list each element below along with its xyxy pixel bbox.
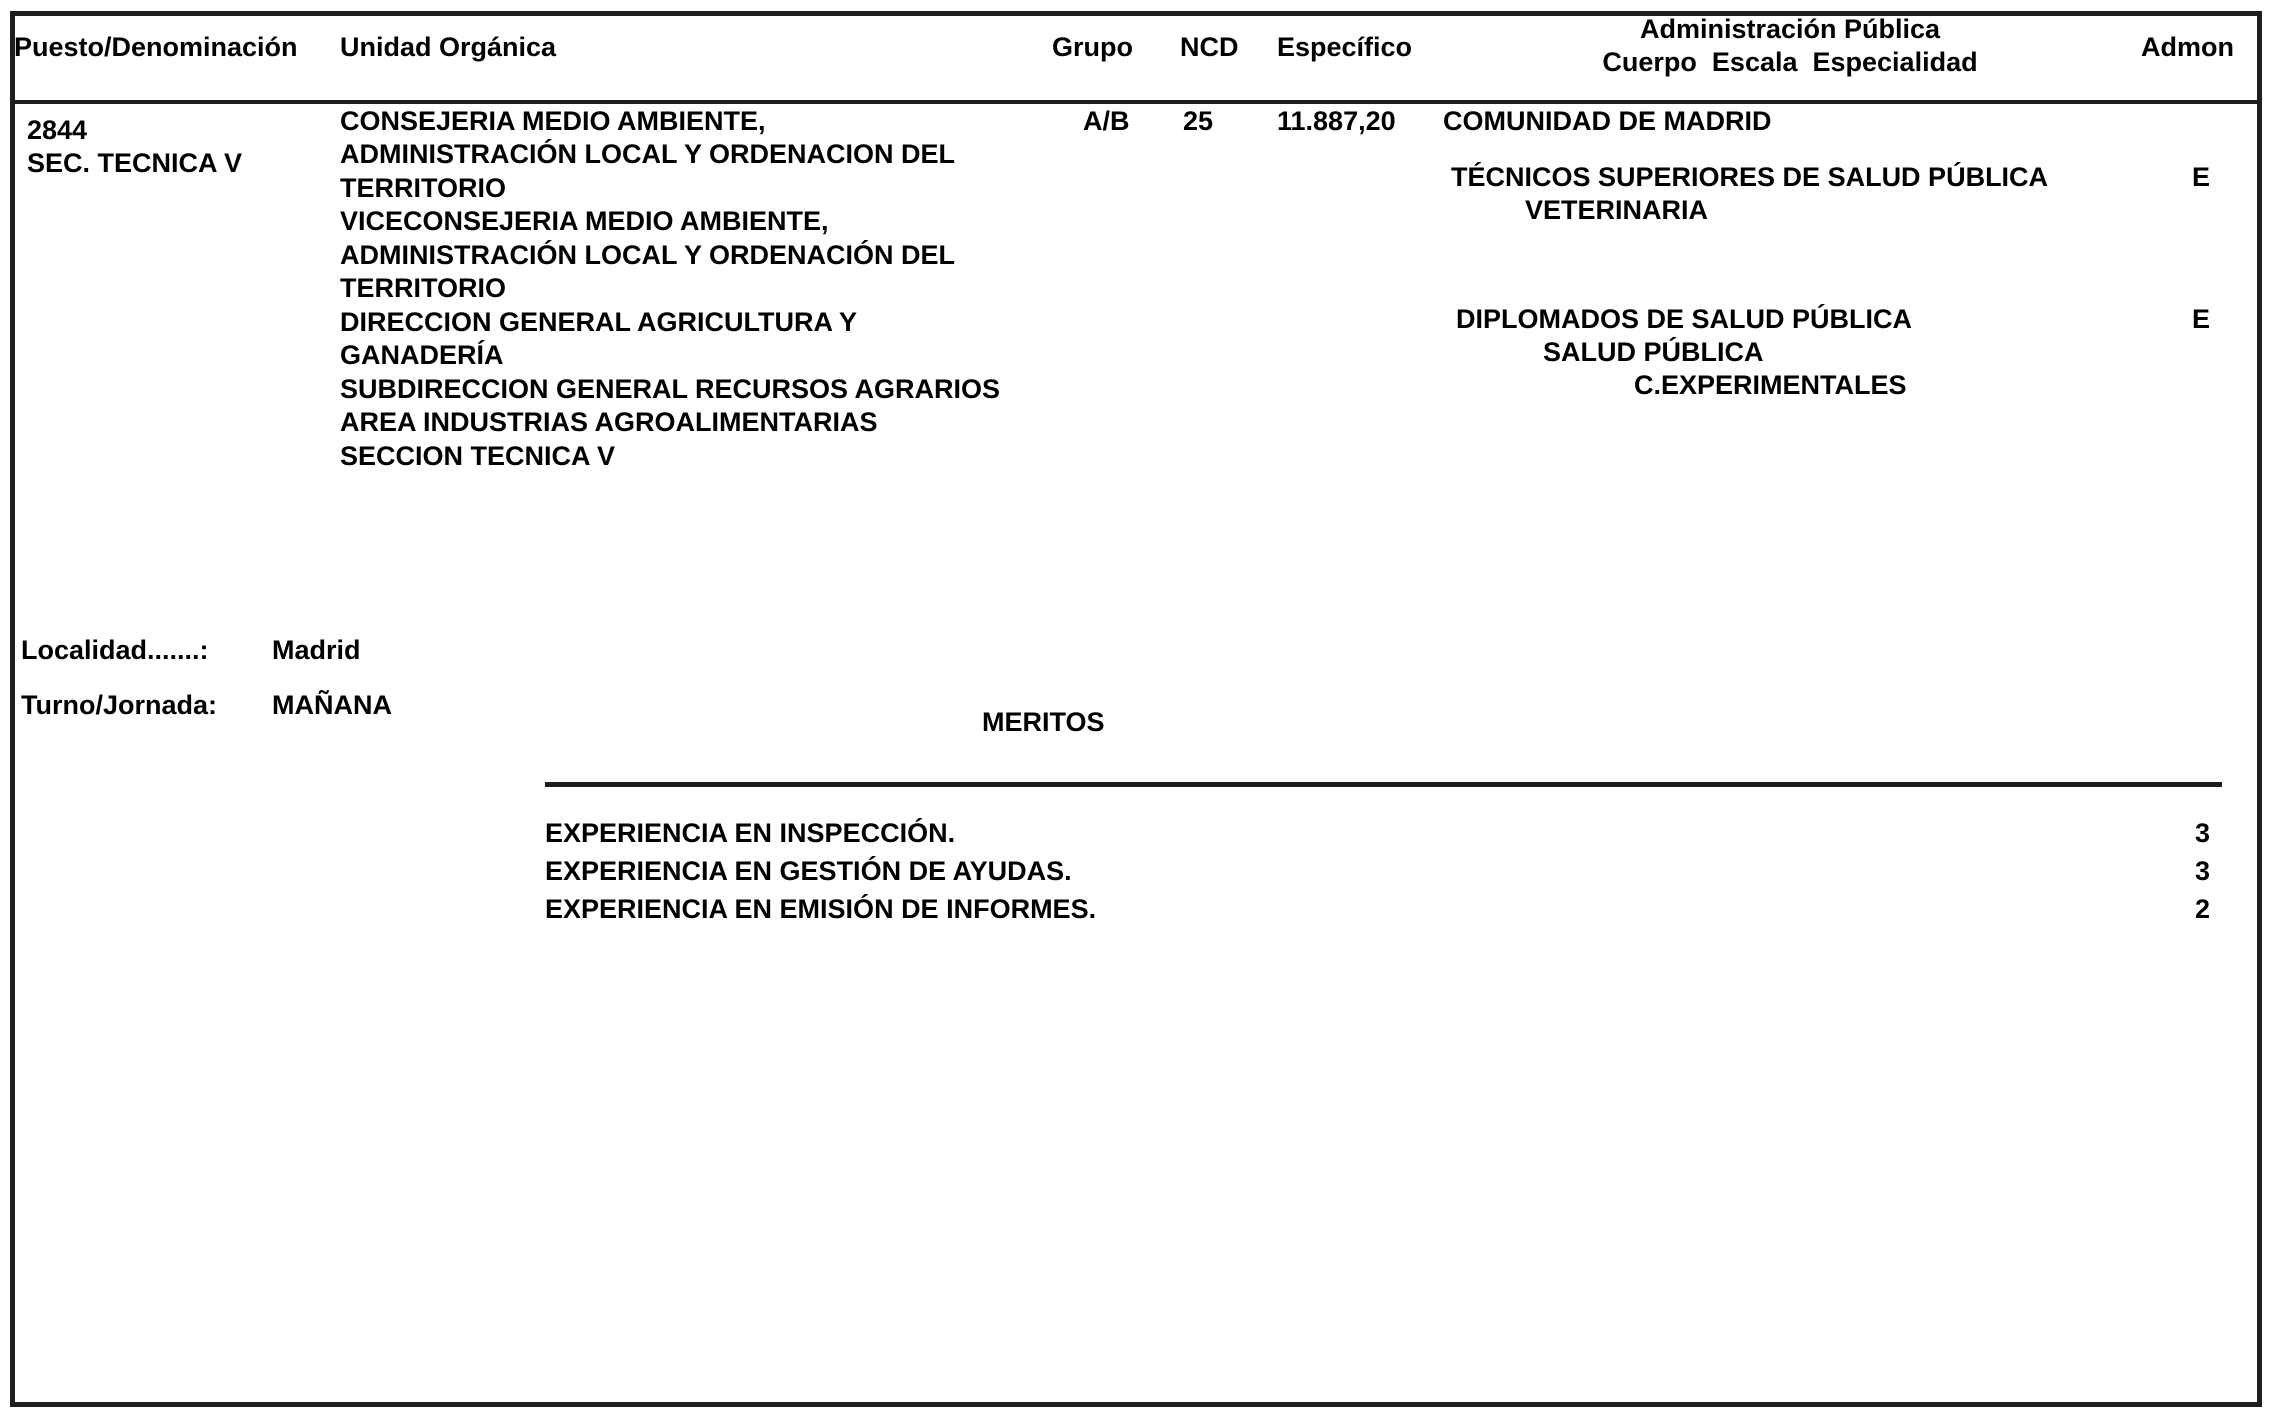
- unidad-line: SECCION TECNICA V: [340, 443, 615, 470]
- merito-points: 3: [2195, 820, 2210, 847]
- cuerpo-name: DIPLOMADOS DE SALUD PÚBLICA: [1456, 306, 1912, 333]
- unidad-line: TERRITORIO: [340, 175, 506, 202]
- merito-item: EXPERIENCIA EN GESTIÓN DE AYUDAS. 3: [545, 858, 2210, 888]
- puesto-grupo: A/B: [1083, 108, 1130, 135]
- unidad-line: AREA INDUSTRIAS AGROALIMENTARIAS: [340, 409, 878, 436]
- meritos-title: MERITOS: [982, 709, 1105, 736]
- turno-value: MAÑANA: [272, 692, 392, 719]
- unidad-line: VICECONSEJERIA MEDIO AMBIENTE,: [340, 208, 829, 235]
- turno-label: Turno/Jornada:: [21, 692, 217, 719]
- unidad-line: CONSEJERIA MEDIO AMBIENTE,: [340, 108, 766, 135]
- unidad-line: GANADERÍA: [340, 342, 504, 369]
- header-admon: Admon: [2141, 34, 2234, 61]
- cuerpo-especialidad: C.EXPERIMENTALES: [1634, 372, 1907, 399]
- merito-item: EXPERIENCIA EN INSPECCIÓN. 3: [545, 820, 2210, 850]
- puesto-administracion: COMUNIDAD DE MADRID: [1443, 108, 1771, 135]
- puesto-especifico: 11.887,20: [1277, 108, 1396, 135]
- header-grupo: Grupo: [1052, 34, 1133, 61]
- merito-points: 3: [2195, 858, 2210, 885]
- cuerpo-name: TÉCNICOS SUPERIORES DE SALUD PÚBLICA: [1451, 164, 2048, 191]
- localidad-value: Madrid: [272, 637, 361, 664]
- merito-points: 2: [2195, 896, 2210, 923]
- unidad-line: DIRECCION GENERAL AGRICULTURA Y: [340, 309, 857, 336]
- puesto-denominacion: SEC. TECNICA V: [27, 150, 242, 177]
- header-administracion-line2: Cuerpo Escala Especialidad: [1500, 49, 2080, 76]
- cuerpo-admon: E: [2192, 306, 2210, 333]
- merito-label: EXPERIENCIA EN EMISIÓN DE INFORMES.: [545, 896, 1096, 923]
- header-especifico: Específico: [1277, 34, 1412, 61]
- header-unidad: Unidad Orgánica: [340, 34, 556, 61]
- puesto-numero: 2844: [27, 117, 87, 144]
- unidad-line: ADMINISTRACIÓN LOCAL Y ORDENACIÓN DEL: [340, 242, 955, 269]
- cuerpo-escala: VETERINARIA: [1525, 197, 1708, 224]
- merito-item: EXPERIENCIA EN EMISIÓN DE INFORMES. 2: [545, 896, 2210, 926]
- puesto-ncd: 25: [1183, 108, 1213, 135]
- unidad-line: ADMINISTRACIÓN LOCAL Y ORDENACION DEL: [340, 141, 955, 168]
- cuerpo-escala: SALUD PÚBLICA: [1543, 339, 1764, 366]
- merito-label: EXPERIENCIA EN INSPECCIÓN.: [545, 820, 955, 847]
- cuerpo-admon: E: [2192, 164, 2210, 191]
- header-ncd: NCD: [1180, 34, 1239, 61]
- meritos-separator: [545, 782, 2222, 787]
- unidad-line: SUBDIRECCION GENERAL RECURSOS AGRARIOS: [340, 376, 1000, 403]
- header-puesto: Puesto/Denominación: [14, 34, 298, 61]
- header-separator: [10, 100, 2262, 104]
- localidad-label: Localidad.......:: [21, 637, 209, 664]
- unidad-line: TERRITORIO: [340, 275, 506, 302]
- header-administracion-line1: Administración Pública: [1500, 16, 2080, 43]
- merito-label: EXPERIENCIA EN GESTIÓN DE AYUDAS.: [545, 858, 1072, 885]
